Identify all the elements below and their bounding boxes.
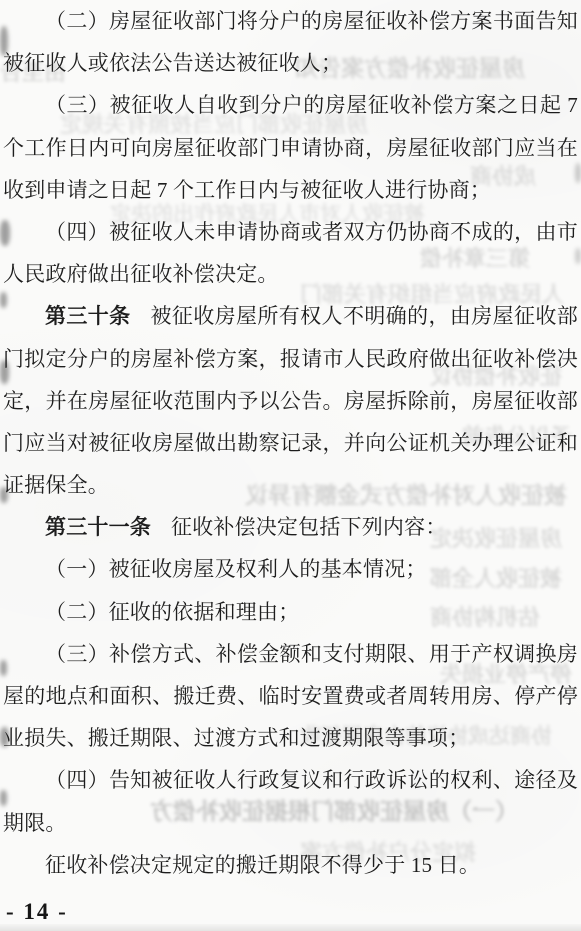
text-line: 期限。: [3, 802, 578, 844]
text-line: 征收补偿决定规定的搬迁期限不得少于 15 日。: [3, 844, 578, 886]
text-line: 屋的地点和面积、搬迁费、临时安置费或者周转用房、停产停: [3, 675, 578, 717]
article-31-heading-line: 第三十一条征收补偿决定包括下列内容：: [3, 506, 578, 548]
text-line: 被征收人或依法公告送达被征收人；: [3, 42, 578, 84]
page-number: - 14 -: [6, 899, 68, 925]
text-line: 门应当对被征收房屋做出勘察记录，并向公证机关办理公证和: [3, 422, 578, 464]
article-31-text: 征收补偿决定包括下列内容：: [171, 515, 447, 539]
text-line: 收到申请之日起 7 个工作日内与被征收人进行协商；: [3, 169, 578, 211]
article-30-heading-line: 第三十条被征收房屋所有权人不明确的，由房屋征收部: [3, 295, 578, 337]
text-line: 定，并在房屋征收范围内予以公告。房屋拆除前，房屋征收部: [3, 380, 578, 422]
article-30-number: 第三十条: [45, 305, 131, 328]
text-line: 人民政府做出征收补偿决定。: [3, 253, 578, 295]
text-line: 个工作日内可向房屋征收部门申请协商，房屋征收部门应当在: [3, 127, 578, 169]
text-line: 业损失、搬迁期限、过渡方式和过渡期限等事项；: [3, 717, 578, 759]
document-body: （二）房屋征收部门将分户的房屋征收补偿方案书面告知 被征收人或依法公告送达被征收…: [3, 0, 578, 886]
text-line: （二）征收的依据和理由；: [3, 591, 578, 633]
article-31-number: 第三十一条: [45, 516, 151, 539]
text-line: （三）被征收人自收到分户的房屋征收补偿方案之日起 7: [3, 84, 578, 126]
text-line: 门拟定分户的房屋补偿方案，报请市人民政府做出征收补偿决: [3, 338, 578, 380]
scanned-document-page: 房屋征收补偿方案告知 由至告 房屋征收部门应当按照有关规定 成协商 被征收人对市…: [0, 0, 581, 931]
text-line: （三）补偿方式、补偿金额和支付期限、用于产权调换房: [3, 633, 578, 675]
text-line: （四）告知被征收人行政复议和行政诉讼的权利、途径及: [3, 759, 578, 801]
text-line: 证据保全。: [3, 464, 578, 506]
text-line: （一）被征收房屋及权利人的基本情况；: [3, 548, 578, 590]
text-line: （二）房屋征收部门将分户的房屋征收补偿方案书面告知: [3, 0, 578, 42]
article-30-text: 被征收房屋所有权人不明确的，由房屋征收部: [150, 304, 578, 328]
scan-bottom-shadow: [0, 924, 581, 931]
text-line: （四）被征收人未申请协商或者双方仍协商不成的，由市: [3, 211, 578, 253]
